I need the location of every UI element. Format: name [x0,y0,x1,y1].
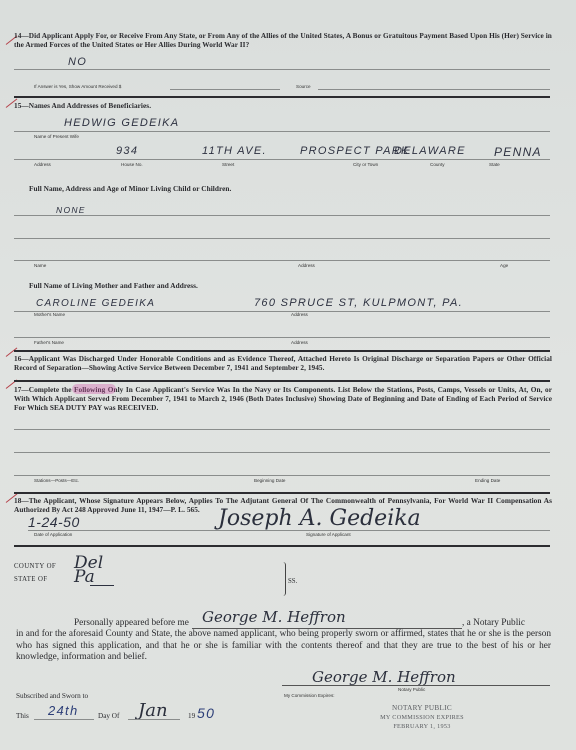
child-name-label: Name [34,263,46,268]
children-value: NONE [56,205,86,215]
county-value: DELAWARE [394,145,466,157]
children-line-3 [14,260,550,261]
wife-name-label: Name of Present Wife [34,134,79,139]
day-value: 24th [48,703,79,718]
appeared-suffix: , a Notary Public [462,618,525,630]
wife-name-value: HEDWIG GEDEIKA [64,117,179,129]
question-16-number: 16— [14,354,29,363]
street-label: Street [222,162,234,167]
mother-name-value: CAROLINE GEDEIKA [36,298,155,309]
notary-signature-line [282,685,550,686]
state-value: PENNA [494,145,542,159]
q14-source-line [318,89,550,90]
question-17-number: 17— [14,385,29,394]
house-no-label: House No. [121,162,143,167]
notary-public-label: Notary Public [398,687,425,692]
stations-line-1 [14,429,550,430]
address-line [14,159,550,160]
question-14-text: Did Applicant Apply For, or Receive From… [14,31,552,49]
city-label: City or Town [353,162,378,167]
children-heading: Full Name, Address and Age of Minor Livi… [29,184,231,193]
signature-label: Signature of Applicant [306,532,351,537]
q14-source-label: Source [296,84,311,89]
child-address-label: Address [298,263,315,268]
section-divider [14,350,550,352]
signature-line [28,530,550,531]
children-line-1 [14,215,550,216]
section-divider [14,492,550,494]
state-underline [90,585,114,586]
street-value: 11TH AVE. [202,145,267,157]
address-label: Address [34,162,51,167]
state-of-label: STATE OF [14,576,47,583]
state-value: Pa [74,567,95,587]
question-16: 16—Applicant Was Discharged Under Honora… [14,354,552,372]
day-line [34,719,94,720]
month-line [128,719,180,720]
year-prefix: 19 [188,712,195,720]
notary-paragraph: in and for the aforesaid County and Stat… [16,629,551,664]
father-line [14,337,550,338]
appeared-prefix: Personally appeared before me [74,618,189,630]
child-age-label: Age [500,263,508,268]
ss-label: SS. [288,578,297,585]
father-address-label: Address [291,340,308,345]
notary-signature-2: George M. Heffron [312,668,456,686]
q14-answer-line [14,69,550,70]
section-divider [14,96,550,98]
wife-name-line [14,131,550,132]
section-divider [14,545,550,547]
question-16-text: Applicant Was Discharged Under Honorable… [14,354,552,372]
q14-amount-line [170,89,280,90]
question-14-number: 14— [14,31,29,40]
state-label: State [489,162,500,167]
applicant-signature: Joseph A. Gedeika [218,506,421,531]
parents-heading: Full Name of Living Mother and Father an… [29,281,198,290]
q14-amount-label: If Answer is Yes, Show Amount Received $ [34,84,121,89]
mother-name-label: Mother's Name [34,312,65,317]
commission-expires-label: My Commission Expires: [284,693,335,698]
stations-label: Stations—Posts—Etc. [34,478,79,483]
stamp-line-3: FEBRUARY 1, 1953 [342,722,502,731]
stations-line-3 [14,475,550,476]
month-value: Jan [138,700,168,721]
father-name-label: Father's Name [34,340,64,345]
mother-line [14,311,550,312]
stamp-line-1: NOTARY PUBLIC [342,704,502,713]
children-line-2 [14,238,550,239]
brace [282,562,286,596]
ending-date-label: Ending Date [475,478,500,483]
application-date-value: 1-24-50 [28,514,80,530]
question-14: 14—Did Applicant Apply For, or Receive F… [14,31,554,49]
house-no-value: 934 [116,145,138,157]
county-label: County [430,162,445,167]
stamp-line-2: MY COMMISSION EXPIRES [342,713,502,722]
stations-line-2 [14,452,550,453]
application-date-label: Date of Application [34,532,72,537]
this-label: This [16,712,29,720]
year-value: 50 [197,705,215,721]
notary-stamp: NOTARY PUBLIC MY COMMISSION EXPIRES FEBR… [342,704,502,731]
question-15-number: 15— [14,101,29,110]
q14-answer: NO [68,56,87,68]
subscribed-label: Subscribed and Sworn to [16,692,88,700]
mother-address-label: Address [291,312,308,317]
question-18-number: 18— [14,496,29,505]
question-15: 15—Names And Addresses of Beneficiaries. [14,101,151,110]
ink-smudge [72,384,116,394]
notary-signature: George M. Heffron [202,608,346,626]
beginning-date-label: Beginning Date [254,478,285,483]
application-page: 14—Did Applicant Apply For, or Receive F… [0,0,576,750]
day-of-label: Day Of [98,712,119,720]
mother-address-value: 760 SPRUCE ST, KULPMONT, PA. [254,297,463,309]
section-divider [14,380,550,382]
question-15-text: Names And Addresses of Beneficiaries. [29,101,151,110]
county-of-label: COUNTY OF [14,563,56,570]
